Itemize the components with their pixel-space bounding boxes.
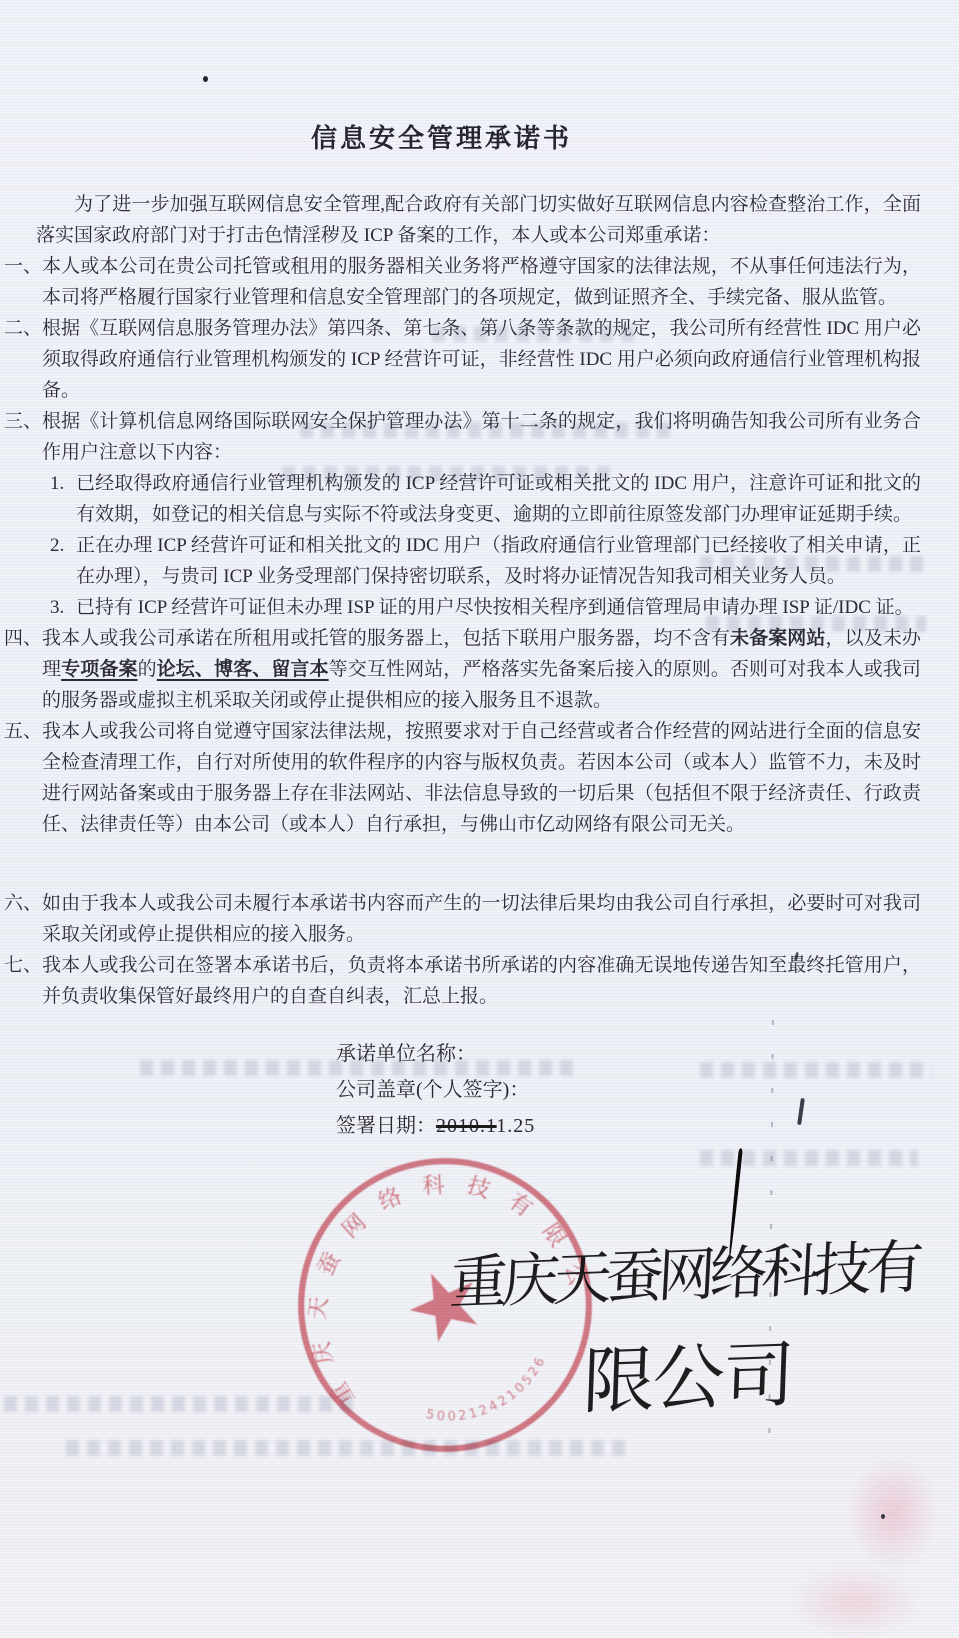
ink-smudge bbox=[845, 1455, 940, 1570]
item-text: 我本人或我公司承诺在所租用或托管的服务器上，包括下联用户服务器，均不含有未备案网… bbox=[42, 623, 921, 716]
sub-item-number: 1. bbox=[50, 468, 76, 530]
item-text-segment-bold-underline: 论坛、博客、留言本 bbox=[157, 659, 329, 680]
item-text-segment-bold: 未备案网站 bbox=[730, 628, 826, 649]
item-number: 五、 bbox=[4, 716, 42, 840]
scanned-document-page: 信息安全管理承诺书 为了进一步加强互联网信息安全管理,配合政府有关部门切实做好互… bbox=[0, 0, 959, 1638]
item-number: 七、 bbox=[4, 950, 42, 1012]
sub-item-text: 已经取得政府通信行业管理机构颁发的 ICP 经营许可证或相关批文的 IDC 用户… bbox=[76, 468, 921, 530]
item-text: 根据《互联网信息服务管理办法》第四条、第七条、第八条等条款的规定，我公司所有经营… bbox=[42, 313, 921, 406]
item-text: 本人或本公司在贵公司托管或租用的服务器相关业务将严格遵守国家的法律法规，不从事任… bbox=[42, 251, 921, 313]
item-number: 四、 bbox=[4, 623, 42, 716]
commitment-item-1: 一、 本人或本公司在贵公司托管或租用的服务器相关业务将严格遵守国家的法律法规，不… bbox=[4, 251, 921, 313]
item-number: 六、 bbox=[4, 888, 42, 950]
commitment-item-2: 二、 根据《互联网信息服务管理办法》第四条、第七条、第八条等条款的规定，我公司所… bbox=[4, 313, 921, 406]
item-number: 三、 bbox=[4, 406, 42, 623]
document-title: 信息安全管理承诺书 bbox=[0, 0, 884, 155]
sub-item-text: 正在办理 ICP 经营许可证和相关批文的 IDC 用户（指政府通信行业管理部门已… bbox=[76, 530, 921, 592]
unit-name-label: 承诺单位名称： bbox=[336, 1043, 476, 1065]
item-text: 如由于我本人或我公司未履行本承诺书内容而产生的一切法律后果均由我公司自行承担，必… bbox=[42, 888, 921, 950]
company-seal-row: 公司盖章(个人签字)： bbox=[336, 1072, 921, 1108]
sub-item-number: 2. bbox=[50, 530, 76, 592]
sub-item-3: 3. 已持有 ICP 经营许可证但未办理 ISP 证的用户尽快按相关程序到通信管… bbox=[50, 592, 921, 623]
commitment-item-4: 四、 我本人或我公司承诺在所租用或托管的服务器上，包括下联用户服务器，均不含有未… bbox=[4, 623, 921, 716]
signing-date-row: 签署日期：2010.11.25 bbox=[336, 1108, 921, 1144]
item-text: 我本人或我公司在签署本承诺书后，负责将本承诺书所承诺的内容准确无误地传递告知至最… bbox=[42, 950, 921, 1012]
sub-item-list: 1. 已经取得政府通信行业管理机构颁发的 ICP 经营许可证或相关批文的 IDC… bbox=[50, 468, 921, 623]
dust-speck bbox=[881, 1514, 885, 1519]
sub-item-2: 2. 正在办理 ICP 经营许可证和相关批文的 IDC 用户（指政府通信行业管理… bbox=[50, 530, 921, 592]
unit-name-row: 承诺单位名称： bbox=[336, 1036, 921, 1072]
commitment-item-7: 七、 我本人或我公司在签署本承诺书后，负责将本承诺书所承诺的内容准确无误地传递告… bbox=[4, 950, 921, 1012]
handwritten-company-name-line2: 限公司 bbox=[581, 1316, 795, 1428]
bleed-through-noise bbox=[700, 1150, 918, 1166]
date-label: 签署日期： bbox=[336, 1115, 436, 1137]
sub-item-number: 3. bbox=[50, 592, 76, 623]
commitment-item-6: 六、 如由于我本人或我公司未履行本承诺书内容而产生的一切法律后果均由我公司自行承… bbox=[4, 888, 921, 950]
item-number: 二、 bbox=[4, 313, 42, 406]
dust-speck bbox=[203, 76, 208, 82]
item-text-segment-bold-underline: 专项备案 bbox=[61, 659, 137, 680]
sub-item-1: 1. 已经取得政府通信行业管理机构颁发的 ICP 经营许可证或相关批文的 IDC… bbox=[50, 468, 921, 530]
seal-label: 公司盖章(个人签字)： bbox=[336, 1079, 529, 1101]
item-text-segment: 的 bbox=[138, 659, 157, 680]
commitment-item-5: 五、 我本人或我公司将自觉遵守国家法律法规，按照要求对于自己经营或者合作经营的网… bbox=[4, 716, 921, 840]
item-text: 我本人或我公司将自觉遵守国家法律法规，按照要求对于自己经营或者合作经营的网站进行… bbox=[42, 716, 921, 840]
item-text: 根据《计算机信息网络国际联网安全保护管理办法》第十二条的规定，我们将明确告知我公… bbox=[42, 406, 921, 468]
commitment-item-3: 三、 根据《计算机信息网络国际联网安全保护管理办法》第十二条的规定，我们将明确告… bbox=[4, 406, 921, 623]
item-number: 一、 bbox=[4, 251, 42, 313]
bleed-through-noise bbox=[4, 1396, 360, 1412]
ink-smudge bbox=[790, 1565, 920, 1638]
signature-block: 承诺单位名称： 公司盖章(个人签字)： 签署日期：2010.11.25 bbox=[336, 1036, 921, 1144]
sub-item-text: 已持有 ICP 经营许可证但未办理 ISP 证的用户尽快按相关程序到通信管理局申… bbox=[76, 592, 921, 623]
intro-paragraph: 为了进一步加强互联网信息安全管理,配合政府有关部门切实做好互联网信息内容检查整治… bbox=[36, 189, 921, 251]
handwritten-company-name-line1: 重庆天蚕网络科技有 bbox=[448, 1220, 920, 1321]
item-text-segment: 我本人或我公司承诺在所租用或托管的服务器上，包括下联用户服务器，均不含有 bbox=[42, 628, 730, 649]
